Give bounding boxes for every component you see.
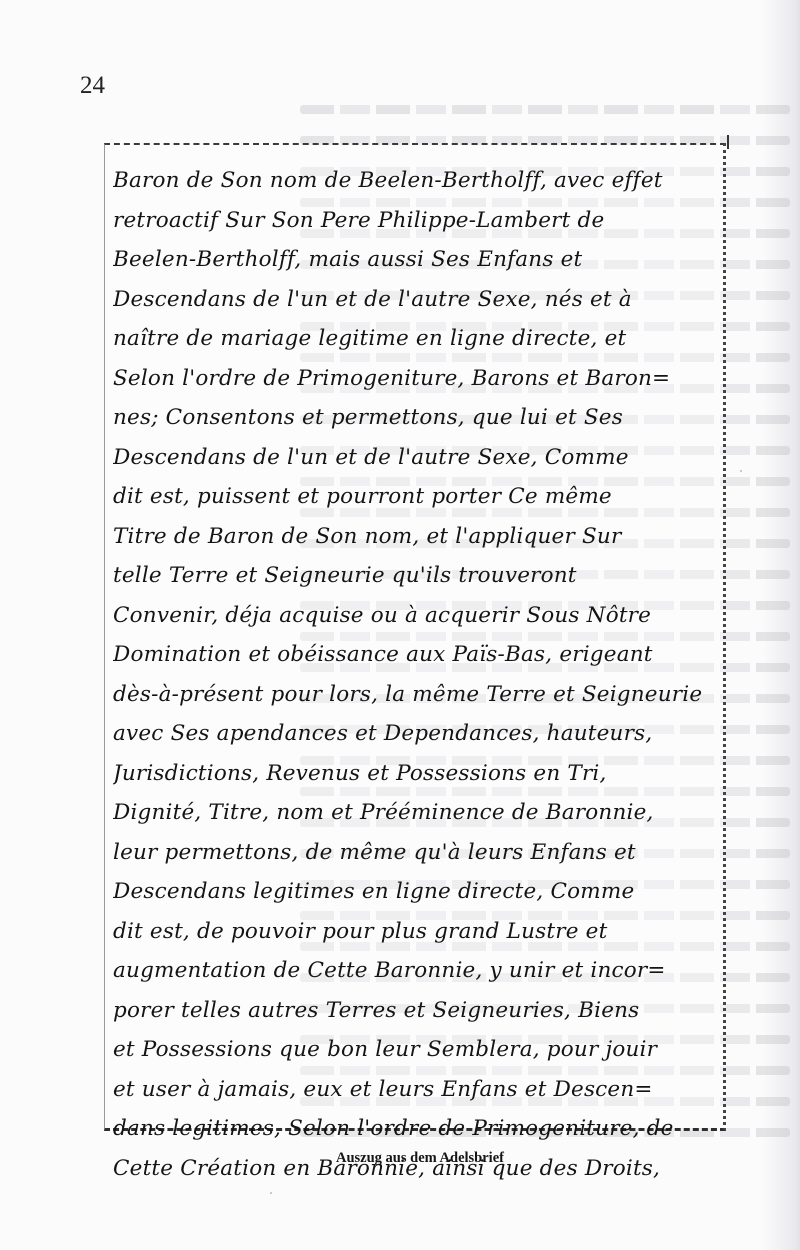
paper-speck [740,470,742,472]
handwritten-line: Convenir, déja acquise ou à acquerir Sou… [113,596,717,636]
handwritten-line: Descendans legitimes en ligne directe, C… [113,872,717,912]
page-number: 24 [80,72,105,100]
handwritten-line: avec Ses apendances et Dependances, haut… [113,714,717,754]
handwritten-line: dit est, puissent et pourront porter Ce … [113,477,717,517]
handwritten-line: Selon l'ordre de Primogeniture, Barons e… [113,359,717,399]
handwritten-line: Baron de Son nom de Beelen-Bertholff, av… [113,161,717,201]
figure-caption: Auszug aus dem Adelsbrief [0,1150,800,1167]
handwritten-line: Descendans de l'un et de l'autre Sexe, C… [113,438,717,478]
handwritten-line: Beelen-Bertholff, mais aussi Ses Enfans … [113,240,717,280]
handwritten-line: naître de mariage legitime en ligne dire… [113,319,717,359]
handwritten-line: leur permettons, de même qu'à leurs Enfa… [113,833,717,873]
handwritten-line: dès-à-présent pour lors, la même Terre e… [113,675,717,715]
handwritten-line: Jurisdictions, Revenus et Possessions en… [113,754,717,794]
handwritten-line: dit est, de pouvoir pour plus grand Lust… [113,912,717,952]
handwritten-line: dans legitimes, Selon l'ordre de Primoge… [113,1109,717,1149]
paper-speck [270,1192,272,1194]
handwritten-line: augmentation de Cette Baronnie, y unir e… [113,951,717,991]
handwritten-line: Titre de Baron de Son nom, et l'applique… [113,517,717,557]
document-facsimile-frame: Baron de Son nom de Beelen-Bertholff, av… [104,143,726,1131]
handwritten-line: Domination et obéissance aux Païs-Bas, e… [113,635,717,675]
handwritten-line: porer telles autres Terres et Seigneurie… [113,991,717,1031]
handwritten-line: et Possessions que bon leur Semblera, po… [113,1030,717,1070]
handwritten-line: Dignité, Titre, nom et Prééminence de Ba… [113,793,717,833]
handwritten-line: Descendans de l'un et de l'autre Sexe, n… [113,280,717,320]
handwritten-line: telle Terre et Seigneurie qu'ils trouver… [113,556,717,596]
handwritten-line: nes; Consentons et permettons, que lui e… [113,398,717,438]
figure-caption-text: Auszug aus dem Adelsbrief [336,1150,504,1167]
handwritten-line: retroactif Sur Son Pere Philippe-Lambert… [113,201,717,241]
handwritten-line: et user à jamais, eux et leurs Enfans et… [113,1070,717,1110]
handwritten-text-block: Baron de Son nom de Beelen-Bertholff, av… [113,161,717,1188]
frame-corner-mark [727,135,729,149]
